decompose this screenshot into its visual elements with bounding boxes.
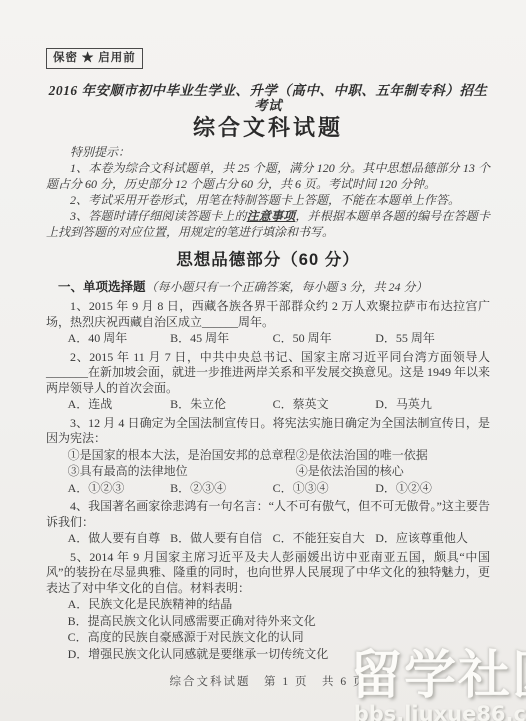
statement-2: ②是依法治国的唯一依据 (296, 448, 428, 464)
statement-4: ④是依法治国的核心 (296, 464, 404, 480)
question-4-options: A．做人要有自尊 B．做人要有自信 C．不能狂妄自大 D．应该尊重他人 (46, 531, 490, 547)
question-4-stem: 4、我国著名画家徐悲鸿有一句名言：“人不可有傲气，但不可无傲骨。”这主要告诉我们… (46, 499, 490, 530)
notice-item-3: 3、答题时请仔细阅读答题卡上的注意事项，并根据本题单各题的编号在答题卡上找到答题… (46, 208, 490, 240)
question-3-options: A．①②③ B．②③④ C．①③④ D．①②④ (46, 481, 490, 497)
option-a: A．①②③ (68, 481, 171, 497)
option-c: C．高度的民族自豪感源于对民族文化的认同 (46, 630, 490, 646)
option-c: C．①③④ (273, 481, 376, 497)
option-b: B．朱立伦 (170, 397, 273, 413)
option-c: C．蔡英文 (273, 397, 376, 413)
question-1: 1、2015 年 9 月 8 日，西藏各族各界干部群众约 2 万人欢聚拉萨市布达… (46, 299, 490, 347)
question-3-statements-1-2: ①是国家的根本大法，是治国安邦的总章程 ②是依法治国的唯一依据 (46, 448, 490, 464)
question-2-options: A．连战 B．朱立伦 C．蔡英文 D．马英九 (46, 397, 490, 413)
option-a: A．民族文化是民族精神的结晶 (46, 597, 490, 613)
statement-3: ③具有最高的法律地位 (68, 464, 296, 480)
question-3-statements-3-4: ③具有最高的法律地位 ④是依法治国的核心 (46, 464, 490, 480)
question-3: 3、12 月 4 日确定为全国法制宣传日。将宪法实施日确定为全国法制宣传日，是因… (46, 416, 490, 497)
statement-1: ①是国家的根本大法，是治国安邦的总章程 (68, 448, 296, 464)
question-1-options: A．40 周年 B．45 周年 C．50 周年 D．55 周年 (46, 331, 490, 347)
option-d: D．55 周年 (375, 331, 490, 347)
special-notice: 特别提示： 1、本卷为综合文科试题单，共 25 个题，满分 120 分。其中思想… (46, 144, 490, 240)
option-a: A．连战 (68, 397, 171, 413)
question-1-stem: 1、2015 年 9 月 8 日，西藏各族各界干部群众约 2 万人欢聚拉萨市布达… (46, 299, 490, 330)
question-4: 4、我国著名画家徐悲鸿有一句名言：“人不可有傲气，但不可无傲骨。”这主要告诉我们… (46, 499, 490, 547)
option-b: B．做人要有自信 (170, 531, 273, 547)
question-2-stem: 2、2015 年 11 月 7 日，中共中央总书记、国家主席习近平同台湾方面领导… (46, 350, 490, 397)
paper-title: 综合文科试题 (46, 120, 490, 136)
footer-page-info: 综合文科试题 第 1 页 共 6 页 (46, 675, 490, 691)
notice-item-2: 2、考试采用开卷形式，用笔在特制答题卡上答题，不能在本题单上作答。 (46, 192, 490, 208)
option-c: C．50 周年 (273, 331, 376, 347)
question-type-label: 一、单项选择题 (58, 280, 146, 294)
question-type-heading: 一、单项选择题（每小题只有一个正确答案，每小题 3 分，共 24 分） (46, 280, 490, 296)
option-d: D．应该尊重他人 (375, 531, 490, 547)
notice-item-3-pre: 3、答题时请仔细阅读答题卡上的 (70, 209, 247, 223)
question-2: 2、2015 年 11 月 7 日，中共中央总书记、国家主席习近平同台湾方面领导… (46, 350, 490, 413)
question-5-stem: 5、2014 年 9 月国家主席习近平及夫人彭丽媛出访中亚南亚五国，颇具“中国风… (46, 550, 490, 597)
option-b: B．45 周年 (170, 331, 273, 347)
question-type-note: （每小题只有一个正确答案，每小题 3 分，共 24 分） (146, 280, 428, 294)
question-5: 5、2014 年 9 月国家主席习近平及夫人彭丽媛出访中亚南亚五国，颇具“中国风… (46, 550, 490, 663)
option-d: D．①②④ (375, 481, 490, 497)
option-d: D．增强民族文化认同感就是要继承一切传统文化 (46, 647, 490, 663)
option-d: D．马英九 (375, 397, 490, 413)
exam-title: 2016 年安顺市初中毕业生学业、升学（高中、中职、五年制专科）招生考试 (46, 83, 490, 114)
option-a: A．40 周年 (68, 331, 171, 347)
section-heading-morality: 思想品德部分（60 分） (46, 253, 490, 269)
notice-heading: 特别提示： (46, 144, 490, 160)
option-b: B．②③④ (170, 481, 273, 497)
notice-item-3-emphasis: 注意事项 (247, 209, 296, 223)
option-b: B．提高民族文化认同感需要正确对待外来文化 (46, 614, 490, 630)
question-list: 1、2015 年 9 月 8 日，西藏各族各界干部群众约 2 万人欢聚拉萨市布达… (46, 299, 490, 662)
option-a: A．做人要有自尊 (68, 531, 171, 547)
option-c: C．不能狂妄自大 (273, 531, 376, 547)
security-badge: 保密 ★ 启用前 (46, 48, 143, 69)
notice-item-1: 1、本卷为综合文科试题单，共 25 个题，满分 120 分。其中思想品德部分 1… (46, 160, 490, 192)
exam-paper-page: 保密 ★ 启用前 2016 年安顺市初中毕业生学业、升学（高中、中职、五年制专科… (0, 0, 526, 721)
question-3-stem: 3、12 月 4 日确定为全国法制宣传日。将宪法实施日确定为全国法制宣传日，是因… (46, 416, 490, 447)
